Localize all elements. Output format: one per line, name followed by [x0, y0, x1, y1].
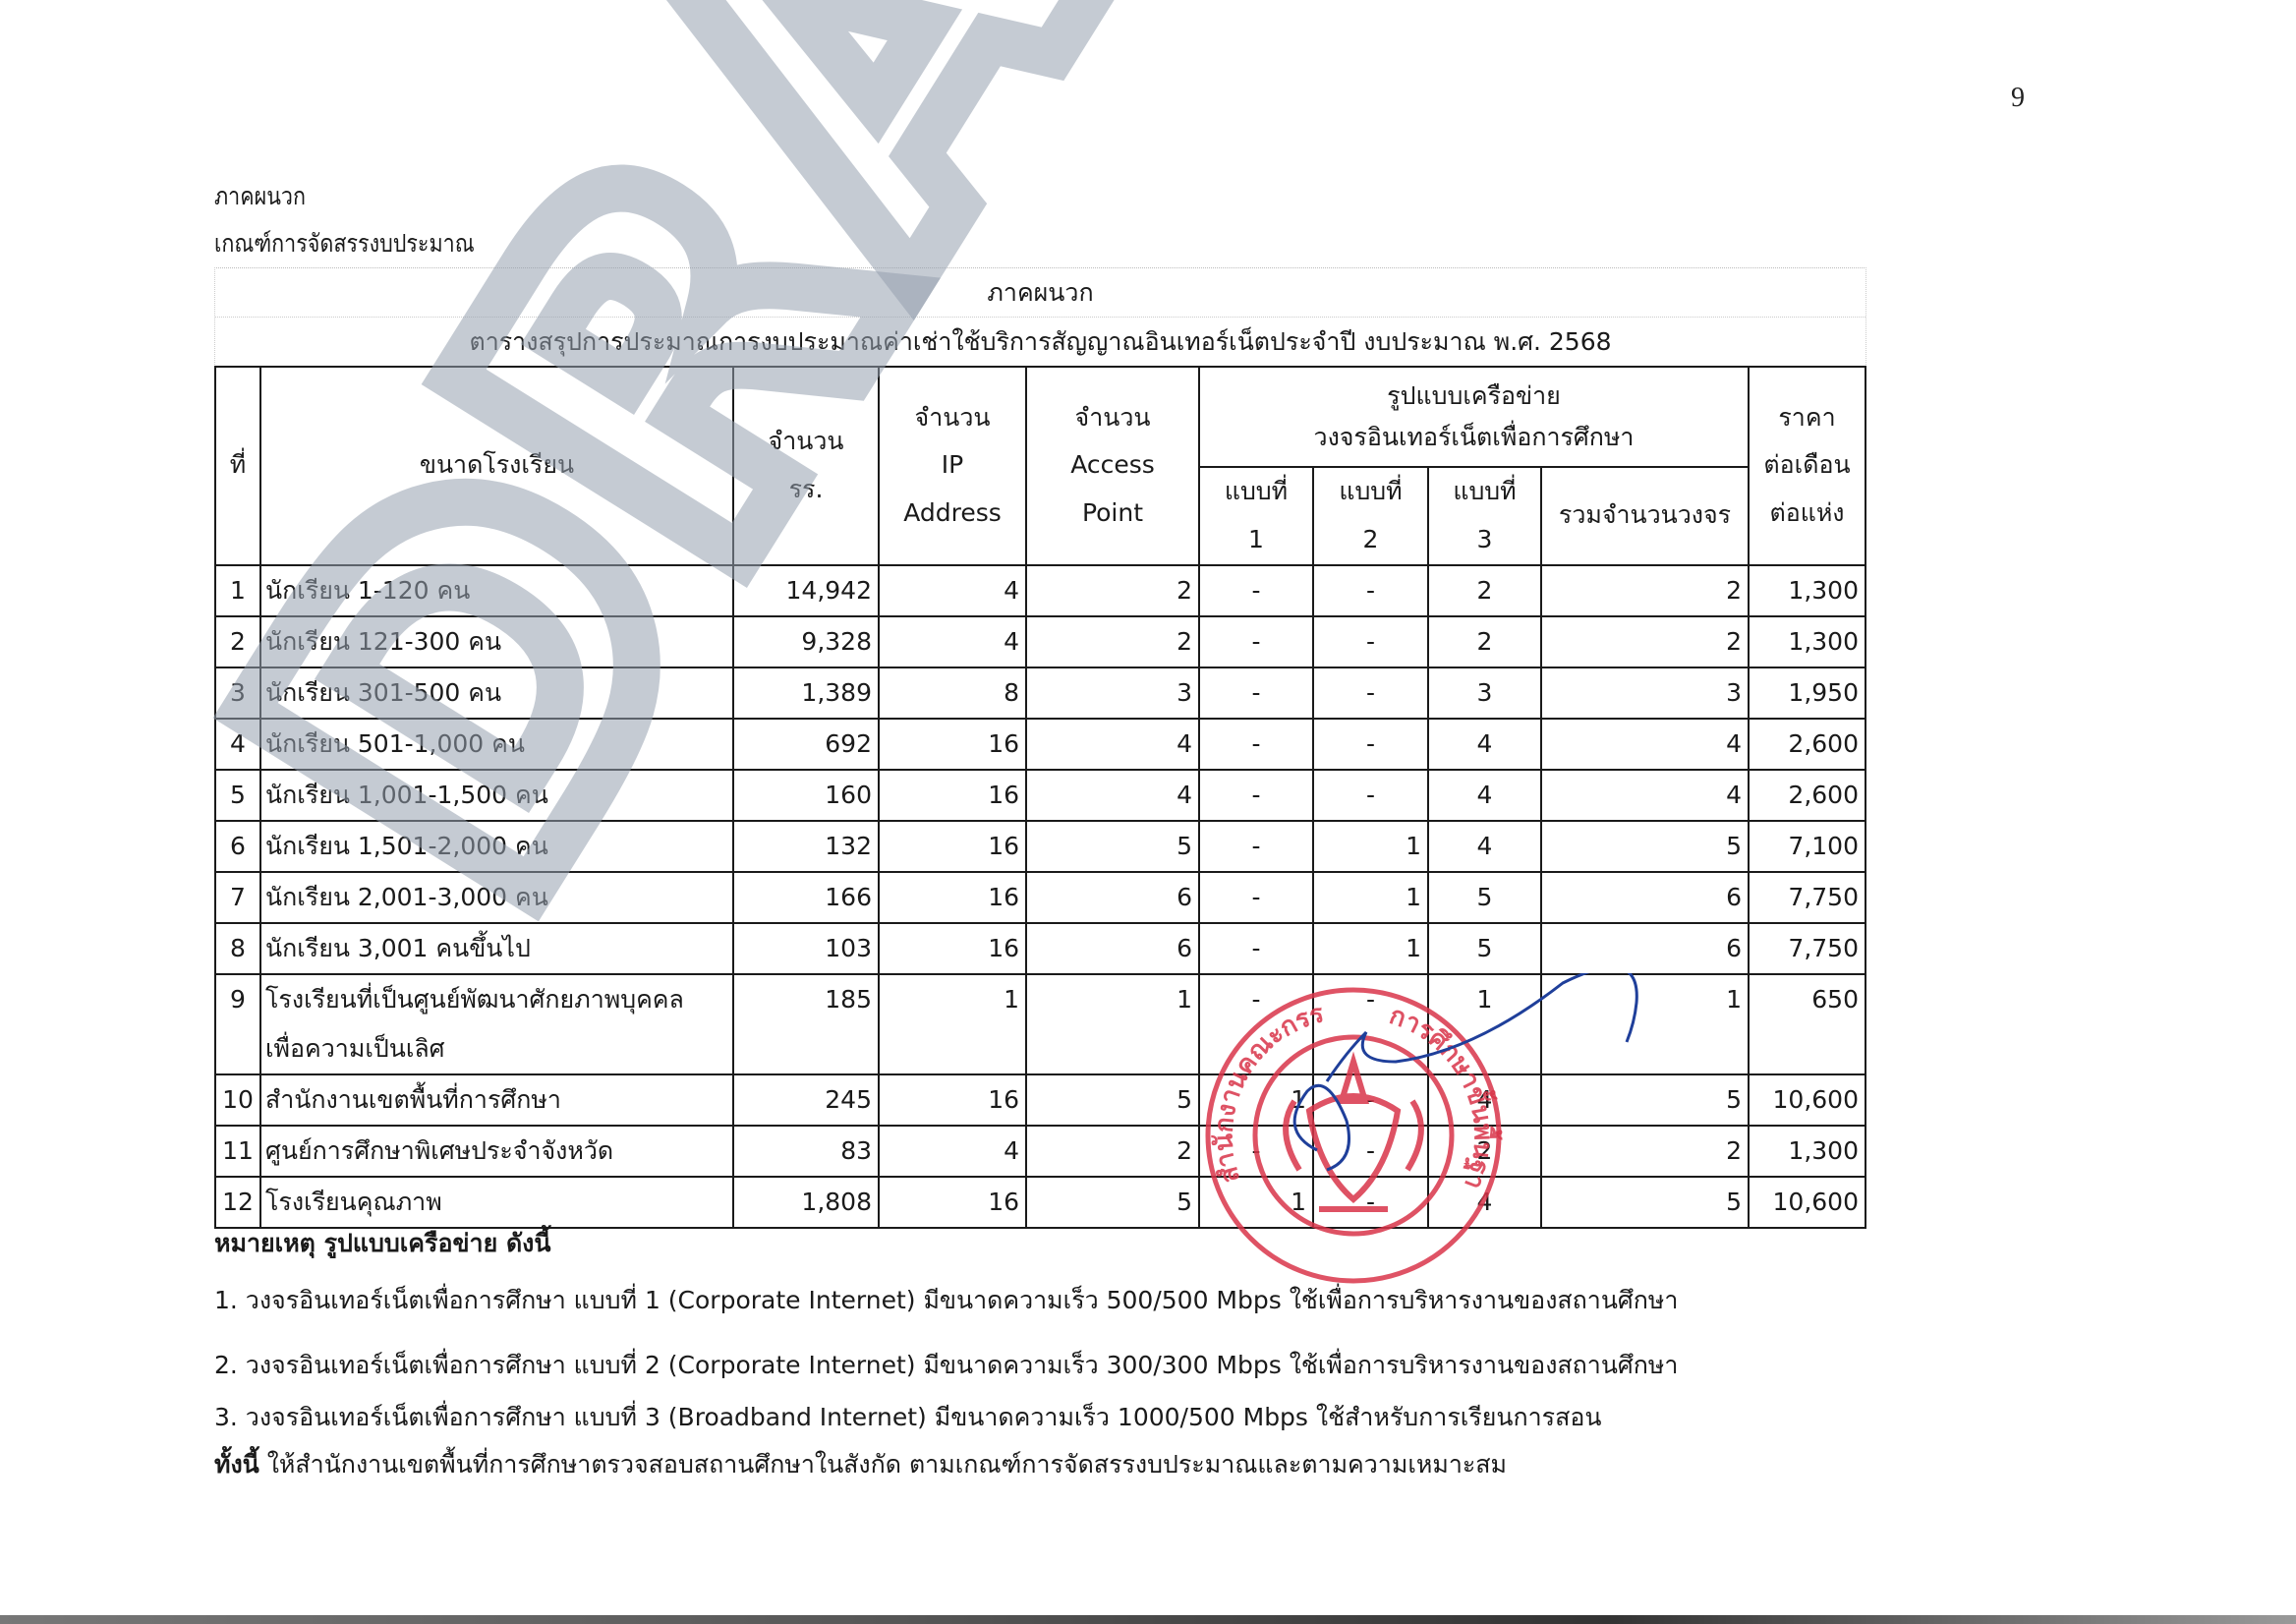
- row-type1: -: [1199, 974, 1313, 1074]
- row-type3: 2: [1428, 616, 1541, 667]
- table-row: 2นักเรียน 121-300 คน9,32842--221,300: [215, 616, 1865, 667]
- row-price: 7,750: [1749, 923, 1865, 974]
- row-price: 1,300: [1749, 1126, 1865, 1177]
- header-type1: แบบที่1: [1199, 467, 1313, 565]
- row-school-size: นักเรียน 3,001 คนขึ้นไป: [260, 923, 733, 974]
- notes-closing: ทั้งนี้ ให้สำนักงานเขตพื้นที่การศึกษาตรว…: [214, 1445, 1885, 1484]
- row-type1: 1: [1199, 1074, 1313, 1126]
- row-type2: -: [1313, 719, 1428, 770]
- row-total-circuits: 6: [1541, 872, 1749, 923]
- row-price: 2,600: [1749, 719, 1865, 770]
- header-type3: แบบที่3: [1428, 467, 1541, 565]
- table-row: 6นักเรียน 1,501-2,000 คน132165-1457,100: [215, 821, 1865, 872]
- row-type2: -: [1313, 1074, 1428, 1126]
- note-item-3: 3. วงจรอินเทอร์เน็ตเพื่อการศึกษา แบบที่ …: [214, 1398, 1885, 1445]
- row-no: 8: [215, 923, 260, 974]
- row-type1: -: [1199, 565, 1313, 616]
- row-type2: -: [1313, 565, 1428, 616]
- row-school-count: 83: [733, 1126, 879, 1177]
- notes-title: หมายเหตุ รูปแบบเครือข่าย ดังนี้: [214, 1219, 1885, 1268]
- row-ip-count: 16: [879, 719, 1026, 770]
- table-row: 7นักเรียน 2,001-3,000 คน166166-1567,750: [215, 872, 1865, 923]
- row-school-size: นักเรียน 121-300 คน: [260, 616, 733, 667]
- row-no: 3: [215, 667, 260, 719]
- row-school-count: 14,942: [733, 565, 879, 616]
- row-total-circuits: 2: [1541, 1126, 1749, 1177]
- header-price: ราคาต่อเดือนต่อแห่ง: [1749, 367, 1865, 565]
- row-price: 7,100: [1749, 821, 1865, 872]
- row-no: 7: [215, 872, 260, 923]
- row-school-size: นักเรียน 301-500 คน: [260, 667, 733, 719]
- row-ip-count: 4: [879, 1126, 1026, 1177]
- page-number: 9: [2011, 83, 2025, 114]
- row-total-circuits: 4: [1541, 770, 1749, 821]
- row-ip-count: 16: [879, 770, 1026, 821]
- header-school-size: ขนาดโรงเรียน: [260, 367, 733, 565]
- row-no: 6: [215, 821, 260, 872]
- row-type2: -: [1313, 1126, 1428, 1177]
- row-ap-count: 4: [1026, 770, 1199, 821]
- row-no: 9: [215, 974, 260, 1074]
- row-ap-count: 1: [1026, 974, 1199, 1074]
- row-ip-count: 1: [879, 974, 1026, 1074]
- row-ap-count: 2: [1026, 616, 1199, 667]
- table-row: 1นักเรียน 1-120 คน14,94242--221,300: [215, 565, 1865, 616]
- row-price: 2,600: [1749, 770, 1865, 821]
- row-total-circuits: 2: [1541, 565, 1749, 616]
- row-no: 11: [215, 1126, 260, 1177]
- header-no: ที่: [215, 367, 260, 565]
- row-school-count: 166: [733, 872, 879, 923]
- row-type1: -: [1199, 719, 1313, 770]
- row-school-count: 132: [733, 821, 879, 872]
- notes-section: หมายเหตุ รูปแบบเครือข่าย ดังนี้ 1. วงจรอ…: [214, 1219, 1885, 1484]
- scan-edge: [0, 1615, 2296, 1624]
- budget-table: ที่ ขนาดโรงเรียน จำนวนรร. จำนวนIPAddress…: [214, 366, 1866, 1229]
- row-ap-count: 2: [1026, 1126, 1199, 1177]
- row-ap-count: 2: [1026, 565, 1199, 616]
- row-total-circuits: 4: [1541, 719, 1749, 770]
- row-total-circuits: 2: [1541, 616, 1749, 667]
- row-school-size: ศูนย์การศึกษาพิเศษประจำจังหวัด: [260, 1126, 733, 1177]
- row-ap-count: 3: [1026, 667, 1199, 719]
- row-type3: 2: [1428, 1126, 1541, 1177]
- row-type1: -: [1199, 923, 1313, 974]
- row-type2: -: [1313, 974, 1428, 1074]
- row-type3: 4: [1428, 770, 1541, 821]
- table-row: 10สำนักงานเขตพื้นที่การศึกษา2451651-4510…: [215, 1074, 1865, 1126]
- row-type2: 1: [1313, 821, 1428, 872]
- table-row: 5นักเรียน 1,001-1,500 คน160164--442,600: [215, 770, 1865, 821]
- row-total-circuits: 5: [1541, 821, 1749, 872]
- row-total-circuits: 1: [1541, 974, 1749, 1074]
- row-type1: -: [1199, 872, 1313, 923]
- table-row: 3นักเรียน 301-500 คน1,38983--331,950: [215, 667, 1865, 719]
- row-school-size: นักเรียน 1,501-2,000 คน: [260, 821, 733, 872]
- row-type1: -: [1199, 1126, 1313, 1177]
- note-item-2: 2. วงจรอินเทอร์เน็ตเพื่อการศึกษา แบบที่ …: [214, 1333, 1885, 1398]
- header-network-group: รูปแบบเครือข่ายวงจรอินเทอร์เน็ตเพื่อการศ…: [1199, 367, 1749, 467]
- table-caption: ภาคผนวก ตารางสรุปการประมาณการงบประมาณค่า…: [214, 267, 1866, 367]
- caption-heading: ภาคผนวก: [215, 268, 1865, 318]
- header-ip-count: จำนวนIPAddress: [879, 367, 1026, 565]
- row-school-size: นักเรียน 2,001-3,000 คน: [260, 872, 733, 923]
- row-type3: 3: [1428, 667, 1541, 719]
- row-price: 10,600: [1749, 1074, 1865, 1126]
- header-ap-count: จำนวนAccessPoint: [1026, 367, 1199, 565]
- row-ip-count: 8: [879, 667, 1026, 719]
- row-ip-count: 4: [879, 565, 1026, 616]
- row-no: 1: [215, 565, 260, 616]
- row-school-size: นักเรียน 1-120 คน: [260, 565, 733, 616]
- row-type3: 2: [1428, 565, 1541, 616]
- row-ip-count: 16: [879, 1074, 1026, 1126]
- header-total-circuits: รวมจำนวนวงจร: [1541, 467, 1749, 565]
- row-ap-count: 6: [1026, 923, 1199, 974]
- row-type1: -: [1199, 770, 1313, 821]
- row-total-circuits: 6: [1541, 923, 1749, 974]
- row-type2: 1: [1313, 923, 1428, 974]
- row-no: 2: [215, 616, 260, 667]
- row-type3: 4: [1428, 821, 1541, 872]
- row-total-circuits: 5: [1541, 1074, 1749, 1126]
- row-type2: 1: [1313, 872, 1428, 923]
- row-ip-count: 16: [879, 923, 1026, 974]
- row-type3: 5: [1428, 872, 1541, 923]
- table-row: 11ศูนย์การศึกษาพิเศษประจำจังหวัด8342--22…: [215, 1126, 1865, 1177]
- row-no: 4: [215, 719, 260, 770]
- row-school-size: นักเรียน 501-1,000 คน: [260, 719, 733, 770]
- row-school-count: 160: [733, 770, 879, 821]
- row-school-count: 9,328: [733, 616, 879, 667]
- row-school-size: สำนักงานเขตพื้นที่การศึกษา: [260, 1074, 733, 1126]
- row-school-size: โรงเรียนที่เป็นศูนย์พัฒนาศักยภาพบุคคลเพื…: [260, 974, 733, 1074]
- caption-title: ตารางสรุปการประมาณการงบประมาณค่าเช่าใช้บ…: [215, 318, 1865, 367]
- row-price: 650: [1749, 974, 1865, 1074]
- row-price: 7,750: [1749, 872, 1865, 923]
- row-school-count: 1,389: [733, 667, 879, 719]
- row-school-count: 692: [733, 719, 879, 770]
- row-type3: 1: [1428, 974, 1541, 1074]
- row-ip-count: 4: [879, 616, 1026, 667]
- row-total-circuits: 3: [1541, 667, 1749, 719]
- row-school-count: 245: [733, 1074, 879, 1126]
- section-subtitle: เกณฑ์การจัดสรรงบประมาณ: [214, 224, 475, 263]
- row-type2: -: [1313, 770, 1428, 821]
- row-price: 1,300: [1749, 565, 1865, 616]
- row-school-count: 103: [733, 923, 879, 974]
- row-ap-count: 6: [1026, 872, 1199, 923]
- row-type2: -: [1313, 667, 1428, 719]
- row-school-count: 185: [733, 974, 879, 1074]
- table-row: 8นักเรียน 3,001 คนขึ้นไป103166-1567,750: [215, 923, 1865, 974]
- row-type1: -: [1199, 616, 1313, 667]
- header-school-count: จำนวนรร.: [733, 367, 879, 565]
- row-no: 5: [215, 770, 260, 821]
- row-no: 10: [215, 1074, 260, 1126]
- row-type3: 5: [1428, 923, 1541, 974]
- row-ap-count: 4: [1026, 719, 1199, 770]
- section-title: ภาคผนวก: [214, 177, 306, 216]
- row-price: 1,950: [1749, 667, 1865, 719]
- row-type2: -: [1313, 616, 1428, 667]
- note-item-1: 1. วงจรอินเทอร์เน็ตเพื่อการศึกษา แบบที่ …: [214, 1268, 1885, 1333]
- row-ap-count: 5: [1026, 821, 1199, 872]
- table-row: 4นักเรียน 501-1,000 คน692164--442,600: [215, 719, 1865, 770]
- row-school-size: นักเรียน 1,001-1,500 คน: [260, 770, 733, 821]
- row-price: 1,300: [1749, 616, 1865, 667]
- header-type2: แบบที่2: [1313, 467, 1428, 565]
- row-ap-count: 5: [1026, 1074, 1199, 1126]
- row-ip-count: 16: [879, 872, 1026, 923]
- row-ip-count: 16: [879, 821, 1026, 872]
- row-type3: 4: [1428, 719, 1541, 770]
- table-row: 9โรงเรียนที่เป็นศูนย์พัฒนาศักยภาพบุคคลเพ…: [215, 974, 1865, 1074]
- row-type1: -: [1199, 667, 1313, 719]
- row-type1: -: [1199, 821, 1313, 872]
- row-type3: 4: [1428, 1074, 1541, 1126]
